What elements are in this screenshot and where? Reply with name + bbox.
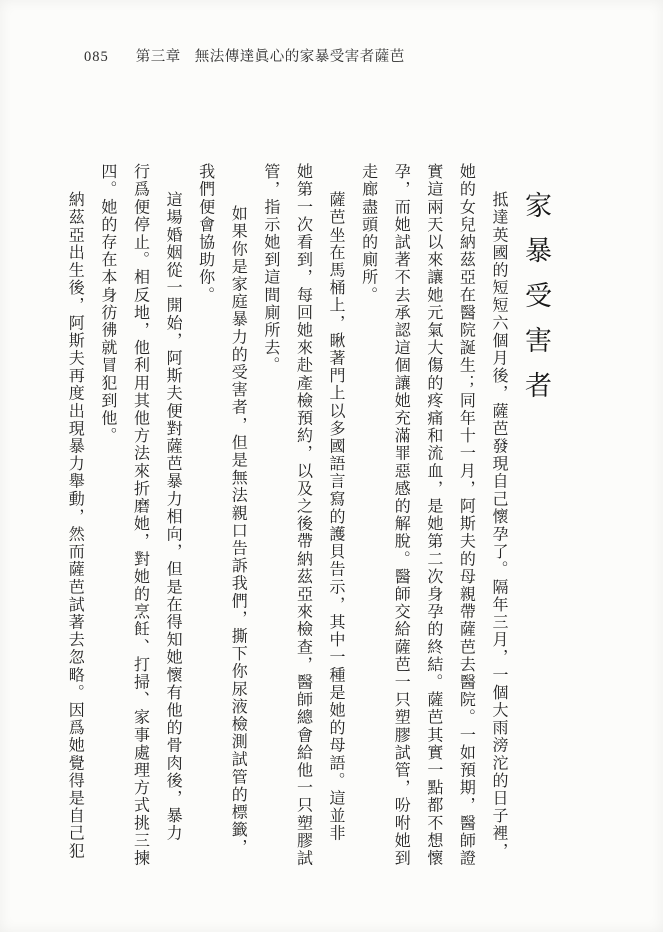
text-column: 她的女兒納茲亞在醫院誕生；同年十一月，阿斯夫的母親帶薩芭去醫院。一如預期，醫師證 — [449, 163, 482, 877]
chapter-label: 第三章 — [136, 45, 181, 66]
text-column: 我們便會協助你。 — [188, 163, 221, 877]
text-column: 如果你是家庭暴力的受害者，但是無法親口告訴我們，撕下你尿液檢測試管的標籤， — [221, 163, 254, 877]
text-column: 管，指示她到這間廁所去。 — [253, 163, 286, 877]
running-head: 085 第三章 無法傳達眞心的家暴受害者薩芭 — [84, 45, 405, 66]
text-column: 走廊盡頭的廁所。 — [351, 163, 384, 877]
text-column: 行爲便停止。相反地，他利用其他方法來折磨她，對她的烹飪、打掃、家事處理方式挑三揀 — [123, 163, 156, 877]
text-column: 她第一次看到，每回她來赴產檢預約，以及之後帶納茲亞來檢查，醫師總會給他一只塑膠試 — [286, 163, 319, 877]
vertical-text-body: 家暴受害者 抵達英國的短短六個月後，薩芭發現自己懷孕了。隔年三月，一個大雨滂沱的… — [58, 163, 558, 877]
text-column: 納茲亞出生後，阿斯夫再度出現暴力舉動，然而薩芭試著去忽略。因爲她覺得是自己犯 — [58, 163, 91, 877]
text-column: 這場婚姻從一開始，阿斯夫便對薩芭暴力相向，但是在得知她懷有他的骨肉後，暴力 — [155, 163, 188, 877]
text-column: 實這兩天以來讓她元氣大傷的疼痛和流血，是她第二次身孕的終結。薩芭其實一點都不想懷 — [416, 163, 449, 877]
text-column: 抵達英國的短短六個月後，薩芭發現自己懷孕了。隔年三月，一個大雨滂沱的日子裡， — [481, 163, 514, 877]
chapter-title: 無法傳達眞心的家暴受害者薩芭 — [195, 45, 405, 66]
book-page: 085 第三章 無法傳達眞心的家暴受害者薩芭 家暴受害者 抵達英國的短短六個月後… — [0, 0, 663, 932]
text-column: 孕，而她試著不去承認這個讓她充滿罪惡感的解脫。醫師交給薩芭一只塑膠試管，吩咐她到 — [384, 163, 417, 877]
page-number: 085 — [84, 49, 109, 66]
section-title: 家暴受害者 — [514, 163, 558, 877]
text-column: 四。她的存在本身彷彿就冒犯到他。 — [90, 163, 123, 877]
text-column: 薩芭坐在馬桶上，瞅著門上以多國語言寫的護貝告示，其中一種是她的母語。這並非 — [318, 163, 351, 877]
